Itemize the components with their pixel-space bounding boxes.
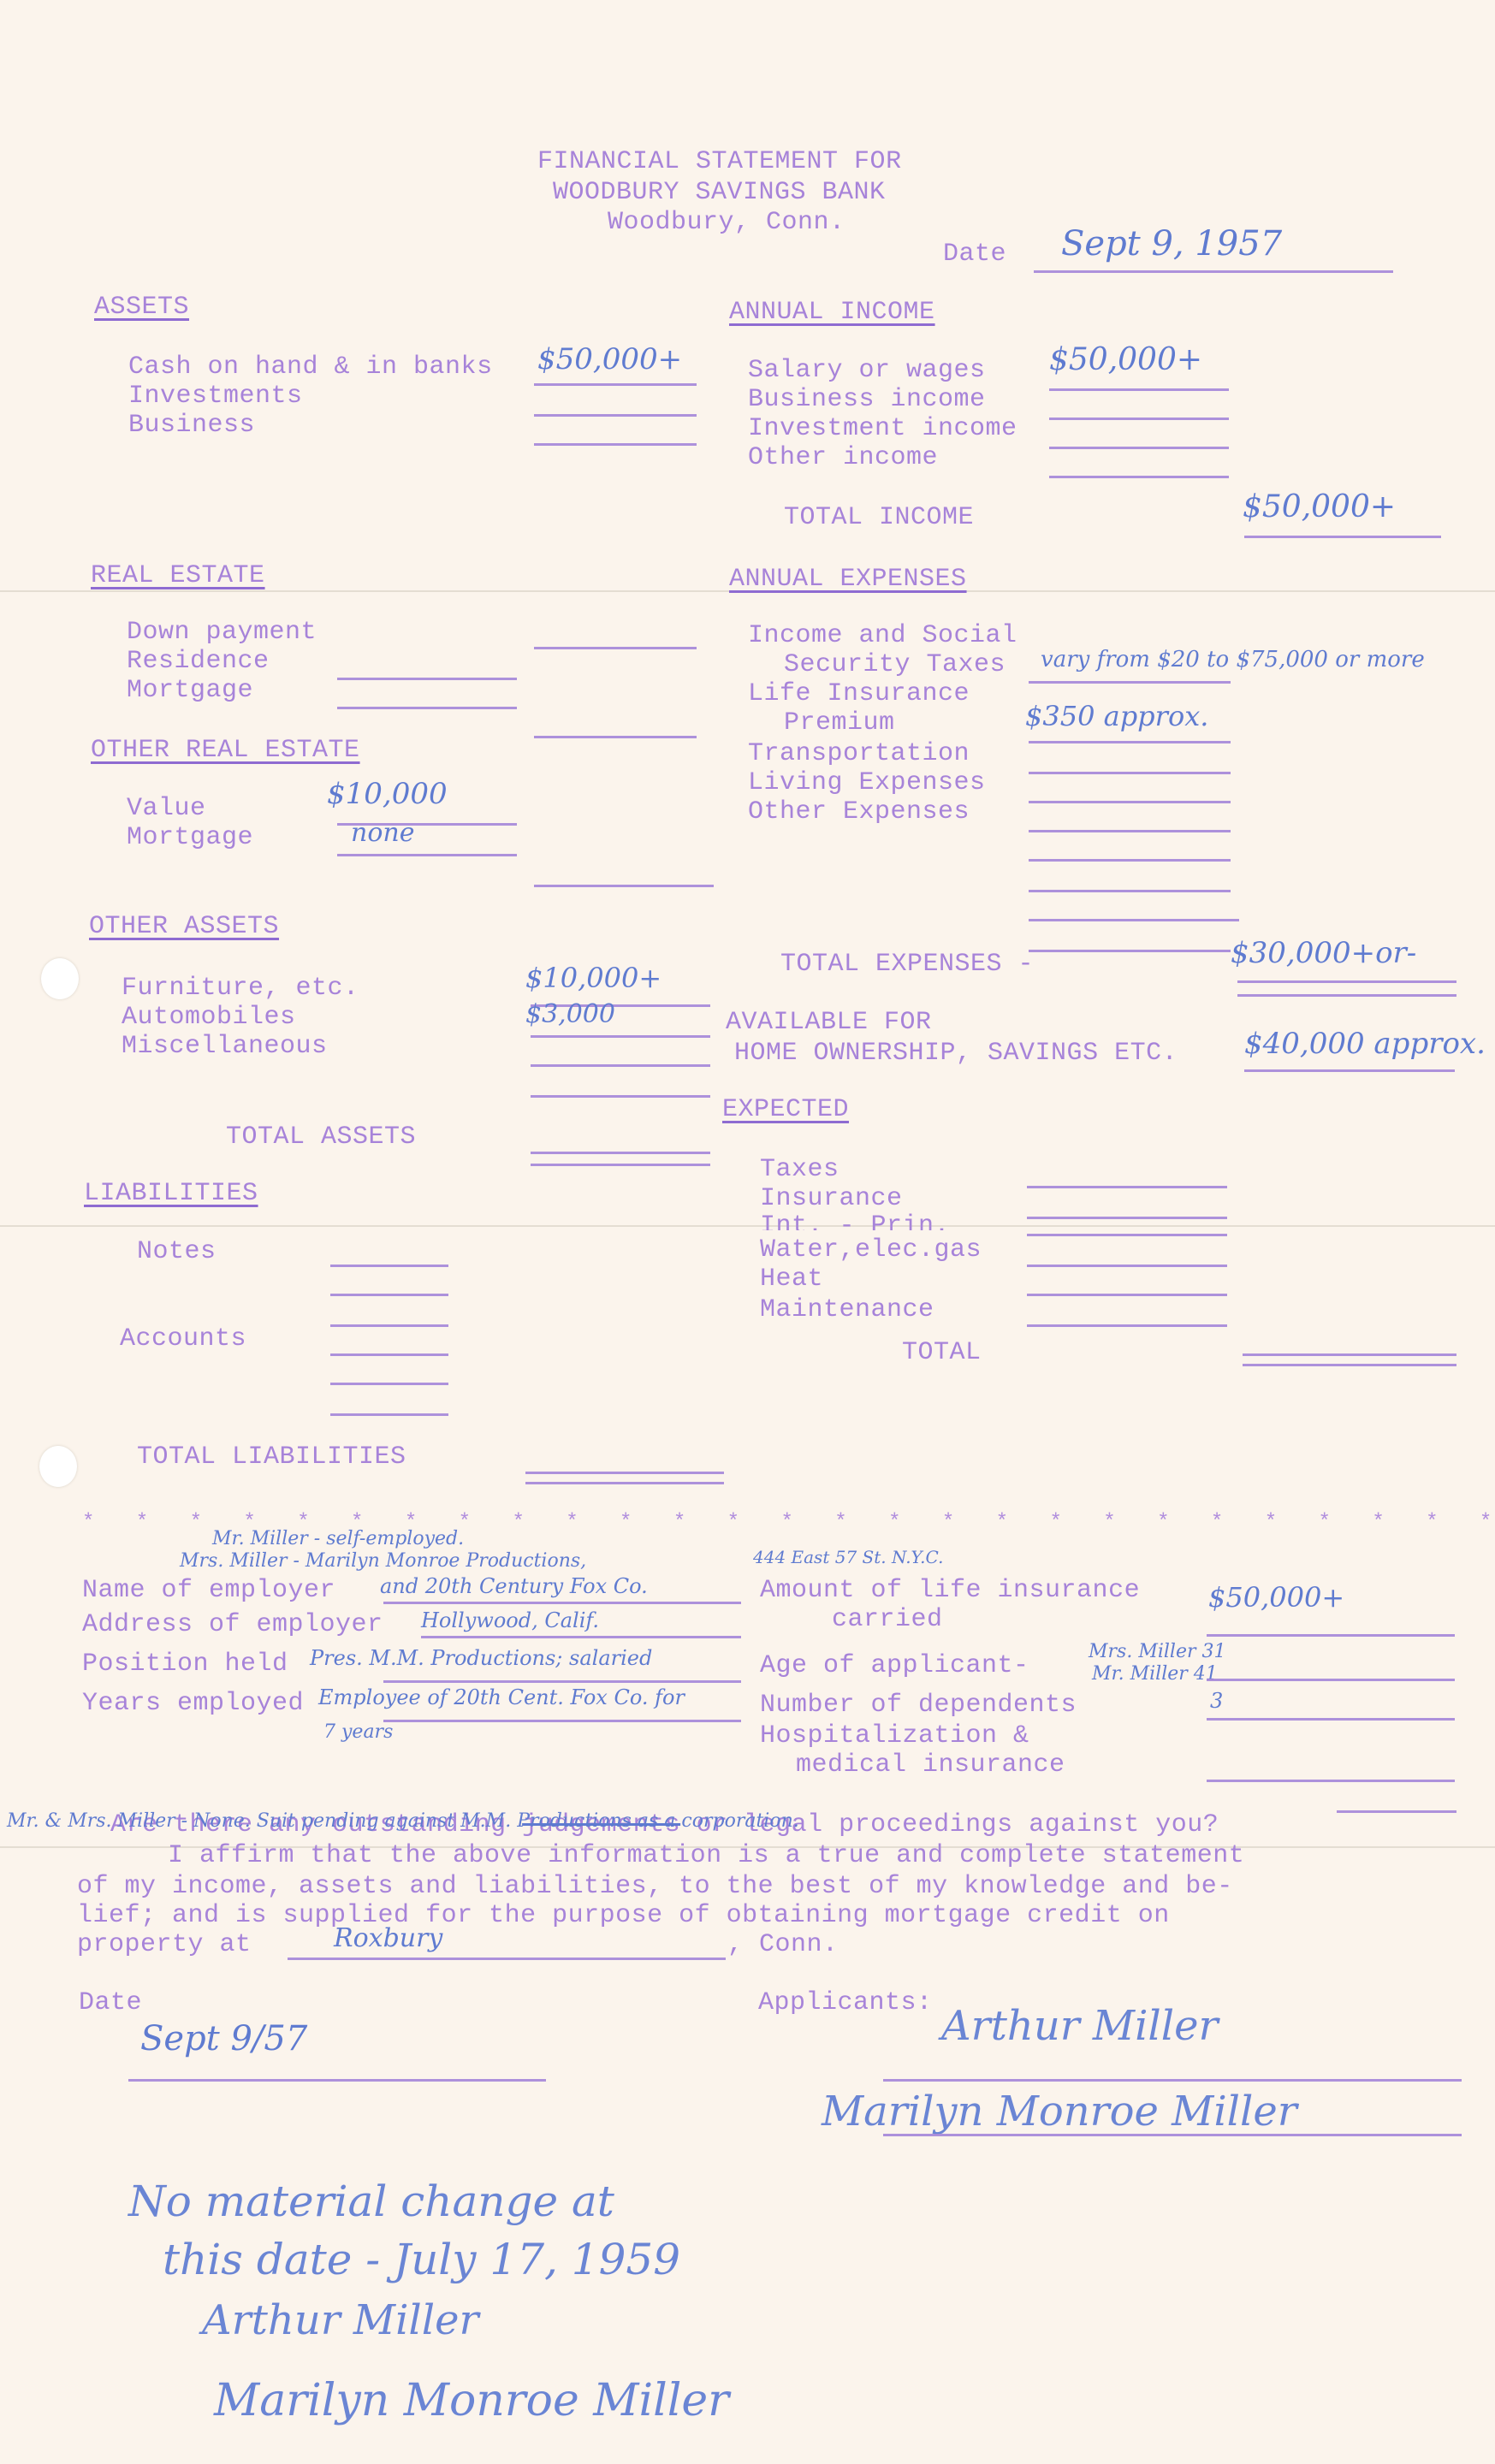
other-expenses-line-1 [1029,830,1231,832]
automobiles-line [531,1035,710,1038]
salary-label: Salary or wages [748,356,986,385]
employer-address-line [421,1636,741,1638]
years-employed-value[interactable]: Employee of 20th Cent. Fox Co. for [318,1685,685,1709]
expected-taxes-line [1027,1186,1227,1188]
employer-line [383,1602,741,1604]
life-insurance-label-2: carried [832,1605,943,1634]
living-expenses-label: Living Expenses [748,768,986,797]
life-insurance-line [1207,1634,1455,1637]
salary-line [1049,388,1229,391]
property-line [288,1958,726,1960]
real-estate-total-line [534,736,697,738]
expected-taxes-label: Taxes [760,1155,839,1184]
applicant-2-signature[interactable]: Marilyn Monroe Miller [822,2088,1297,2135]
expected-int-prin-line [1027,1234,1227,1236]
annual-income-heading: ANNUAL INCOME [729,298,935,327]
expected-total-line-2 [1243,1364,1456,1366]
expected-utilities-line [1027,1265,1227,1267]
position-label: Position held [82,1650,288,1679]
total-expenses-line-2 [1237,994,1456,997]
years-employed-line [383,1720,741,1722]
ore-mortgage-line [337,854,517,856]
other-income-line [1049,476,1229,478]
date-value[interactable]: Sept 9, 1957 [1061,224,1282,264]
investment-income-line [1049,447,1229,449]
employment-note-2: Mrs. Miller - Marilyn Monroe Productions… [180,1550,586,1572]
age-value-2[interactable]: Mr. Miller 41 [1092,1663,1218,1685]
dependents-value[interactable]: 3 [1210,1689,1223,1713]
affirmation-line1: I affirm that the above information is a… [168,1841,1244,1870]
legal-answer[interactable]: Mr. & Mrs. Miller - None. Suit pending a… [7,1810,799,1832]
miscellaneous-line [531,1064,710,1067]
accounts-label: Accounts [120,1324,246,1353]
employer-label: Name of employer [82,1576,335,1605]
expected-total-line-1 [1243,1353,1456,1356]
employer-address-label: Address of employer [82,1610,383,1639]
ore-value-label: Value [127,794,206,823]
business-line [534,443,697,446]
total-assets-label: TOTAL ASSETS [226,1122,416,1152]
expected-heat-line [1027,1294,1227,1296]
other-expenses-line-2 [1029,859,1231,862]
other-expenses-line-3 [1029,890,1231,892]
years-employed-value-2[interactable]: 7 years [323,1721,393,1743]
punch-hole-bottom [39,1446,77,1487]
expected-maintenance-line [1027,1324,1227,1327]
affirmation-line4-pre: property at [77,1930,252,1959]
life-ins-line [1029,741,1231,743]
total-assets-line-2 [531,1164,710,1166]
affirmation-line3: lief; and is supplied for the purpose of… [77,1901,1170,1930]
years-employed-label: Years employed [82,1689,304,1718]
available-line [1244,1069,1455,1072]
down-payment-line [534,647,697,649]
transportation-line [1029,772,1231,774]
investment-income-label: Investment income [748,414,1017,443]
other-real-estate-heading: OTHER REAL ESTATE [91,736,360,765]
ore-mortgage-value[interactable]: none [351,818,414,848]
other-expenses-label: Other Expenses [748,797,970,826]
total-liabilities-label: TOTAL LIABILITIES [137,1442,406,1472]
total-expenses-value[interactable]: $30,000+or- [1231,936,1416,970]
date-line [1034,270,1393,273]
down-payment-label: Down payment [127,618,317,647]
notes-line-1 [330,1265,448,1267]
other-expenses-line-5 [1029,950,1231,952]
addendum-signature-1: Arthur Miller [202,2296,478,2344]
ore-mortgage-label: Mortgage [127,823,253,852]
liabilities-heading: LIABILITIES [84,1179,258,1208]
dependents-label: Number of dependents [760,1691,1077,1720]
assets-heading: ASSETS [94,293,189,322]
salary-value[interactable]: $50,000+ [1049,342,1202,377]
total-expenses-label: TOTAL EXPENSES - [780,950,1034,979]
real-estate-heading: REAL ESTATE [91,561,265,590]
notes-line-2 [330,1294,448,1296]
other-assets-heading: OTHER ASSETS [89,912,279,941]
total-assets-line-1 [531,1152,710,1154]
position-line [383,1680,741,1683]
addendum-line2: this date - July 17, 1959 [163,2235,680,2284]
signature-date-value[interactable]: Sept 9/57 [140,2019,307,2058]
furniture-value[interactable]: $10,000+ [525,962,661,994]
total-income-label: TOTAL INCOME [784,503,974,532]
applicant-2-line [883,2134,1462,2136]
affirmation-line2: of my income, assets and liabilities, to… [77,1872,1233,1901]
age-value-1[interactable]: Mrs. Miller 31 [1089,1641,1225,1662]
employer-value[interactable]: and 20th Century Fox Co. [380,1574,648,1598]
employment-note-1: Mr. Miller - self-employed. [212,1528,464,1549]
life-insurance-label-1: Amount of life insurance [760,1576,1140,1605]
available-value[interactable]: $40,000 approx. [1244,1027,1486,1061]
applicant-1-line [883,2079,1462,2082]
hospitalization-label-2: medical insurance [796,1750,1065,1780]
hospitalization-label-1: Hospitalization & [760,1721,1029,1750]
date-label: Date [943,240,1006,269]
taxes-label-1: Income and Social [748,621,1017,650]
notes-label: Notes [137,1237,217,1266]
other-income-label: Other income [748,443,938,472]
expected-insurance-line [1027,1217,1227,1219]
employer-address-value[interactable]: Hollywood, Calif. [421,1608,599,1632]
form-title-line1: FINANCIAL STATEMENT FOR [537,147,902,176]
addendum-signature-2: Marilyn Monroe Miller [214,2375,729,2426]
residence-line [337,678,517,680]
age-label: Age of applicant- [760,1651,1029,1680]
available-label-2: HOME OWNERSHIP, SAVINGS ETC. [734,1039,1178,1068]
ore-value-value[interactable]: $10,000 [327,777,448,811]
other-assets-total-line [531,1095,710,1098]
expected-int-prin-label: Int. - Prin. [760,1211,950,1230]
form-title-line3: Woodbury, Conn. [608,208,845,237]
addendum-line1: No material change at [128,2177,614,2226]
automobiles-label: Automobiles [122,1003,296,1032]
legal-answer-line [1337,1810,1456,1813]
furniture-label: Furniture, etc. [122,974,359,1003]
expected-total-label: TOTAL [902,1338,982,1367]
available-label-1: AVAILABLE FOR [726,1008,932,1037]
investments-label: Investments [128,382,303,411]
business-income-line [1049,418,1229,420]
total-liabilities-line-2 [525,1482,724,1484]
residence-label: Residence [127,647,270,676]
cash-label: Cash on hand & in banks [128,352,493,382]
taxes-line [1029,681,1231,684]
expected-utilities-label: Water,elec.gas [760,1235,982,1265]
notes-line-3 [330,1324,448,1327]
dependents-line [1207,1718,1455,1721]
applicants-label: Applicants: [758,1988,933,2017]
investments-line [534,414,697,417]
miscellaneous-label: Miscellaneous [122,1032,328,1061]
mortgage-line [337,707,517,709]
signature-date-label: Date [79,1988,142,2017]
total-expenses-line-1 [1237,980,1456,983]
signature-date-line [128,2079,546,2082]
expected-heading: EXPECTED [722,1095,849,1124]
ore-total-line [534,885,714,887]
total-income-line [1244,536,1441,538]
expected-insurance-label: Insurance [760,1184,903,1213]
punch-hole-top [41,958,79,999]
accounts-line-3 [330,1413,448,1416]
age-line [1207,1679,1455,1681]
affirmation-line4-post: , Conn. [727,1930,839,1959]
automobiles-value[interactable]: $3,000 [525,999,615,1029]
taxes-value[interactable]: vary from $20 to $75,000 or more [1041,647,1425,672]
expected-heat-label: Heat [760,1265,823,1294]
total-liabilities-line-1 [525,1472,724,1474]
life-ins-value[interactable]: $350 approx. [1025,700,1208,732]
taxes-label-2: Security Taxes [784,650,1006,679]
life-ins-label-2: Premium [784,708,895,737]
total-income-value[interactable]: $50,000+ [1243,489,1396,524]
living-expenses-line [1029,801,1231,803]
annual-expenses-heading: ANNUAL EXPENSES [729,565,967,594]
mortgage-label: Mortgage [127,676,253,705]
accounts-line-2 [330,1383,448,1385]
form-title-line2: WOODBURY SAVINGS BANK [553,178,886,207]
accounts-line-1 [330,1353,448,1356]
hospitalization-line [1207,1780,1455,1782]
applicant-1-signature[interactable]: Arthur Miller [941,2002,1218,2050]
life-ins-label-1: Life Insurance [748,679,970,708]
paper-fold-2 [0,1225,1495,1227]
property-value[interactable]: Roxbury [334,1923,442,1953]
transportation-label: Transportation [748,739,970,768]
cash-value[interactable]: $50,000+ [537,342,682,376]
expected-maintenance-label: Maintenance [760,1295,934,1324]
employment-address-note: 444 East 57 St. N.Y.C. [753,1547,943,1567]
position-value[interactable]: Pres. M.M. Productions; salaried [310,1646,652,1670]
other-expenses-line-4 [1029,919,1239,921]
business-label: Business [128,411,255,440]
life-insurance-value[interactable]: $50,000+ [1208,1581,1344,1614]
cash-line [534,383,697,386]
business-income-label: Business income [748,385,986,414]
